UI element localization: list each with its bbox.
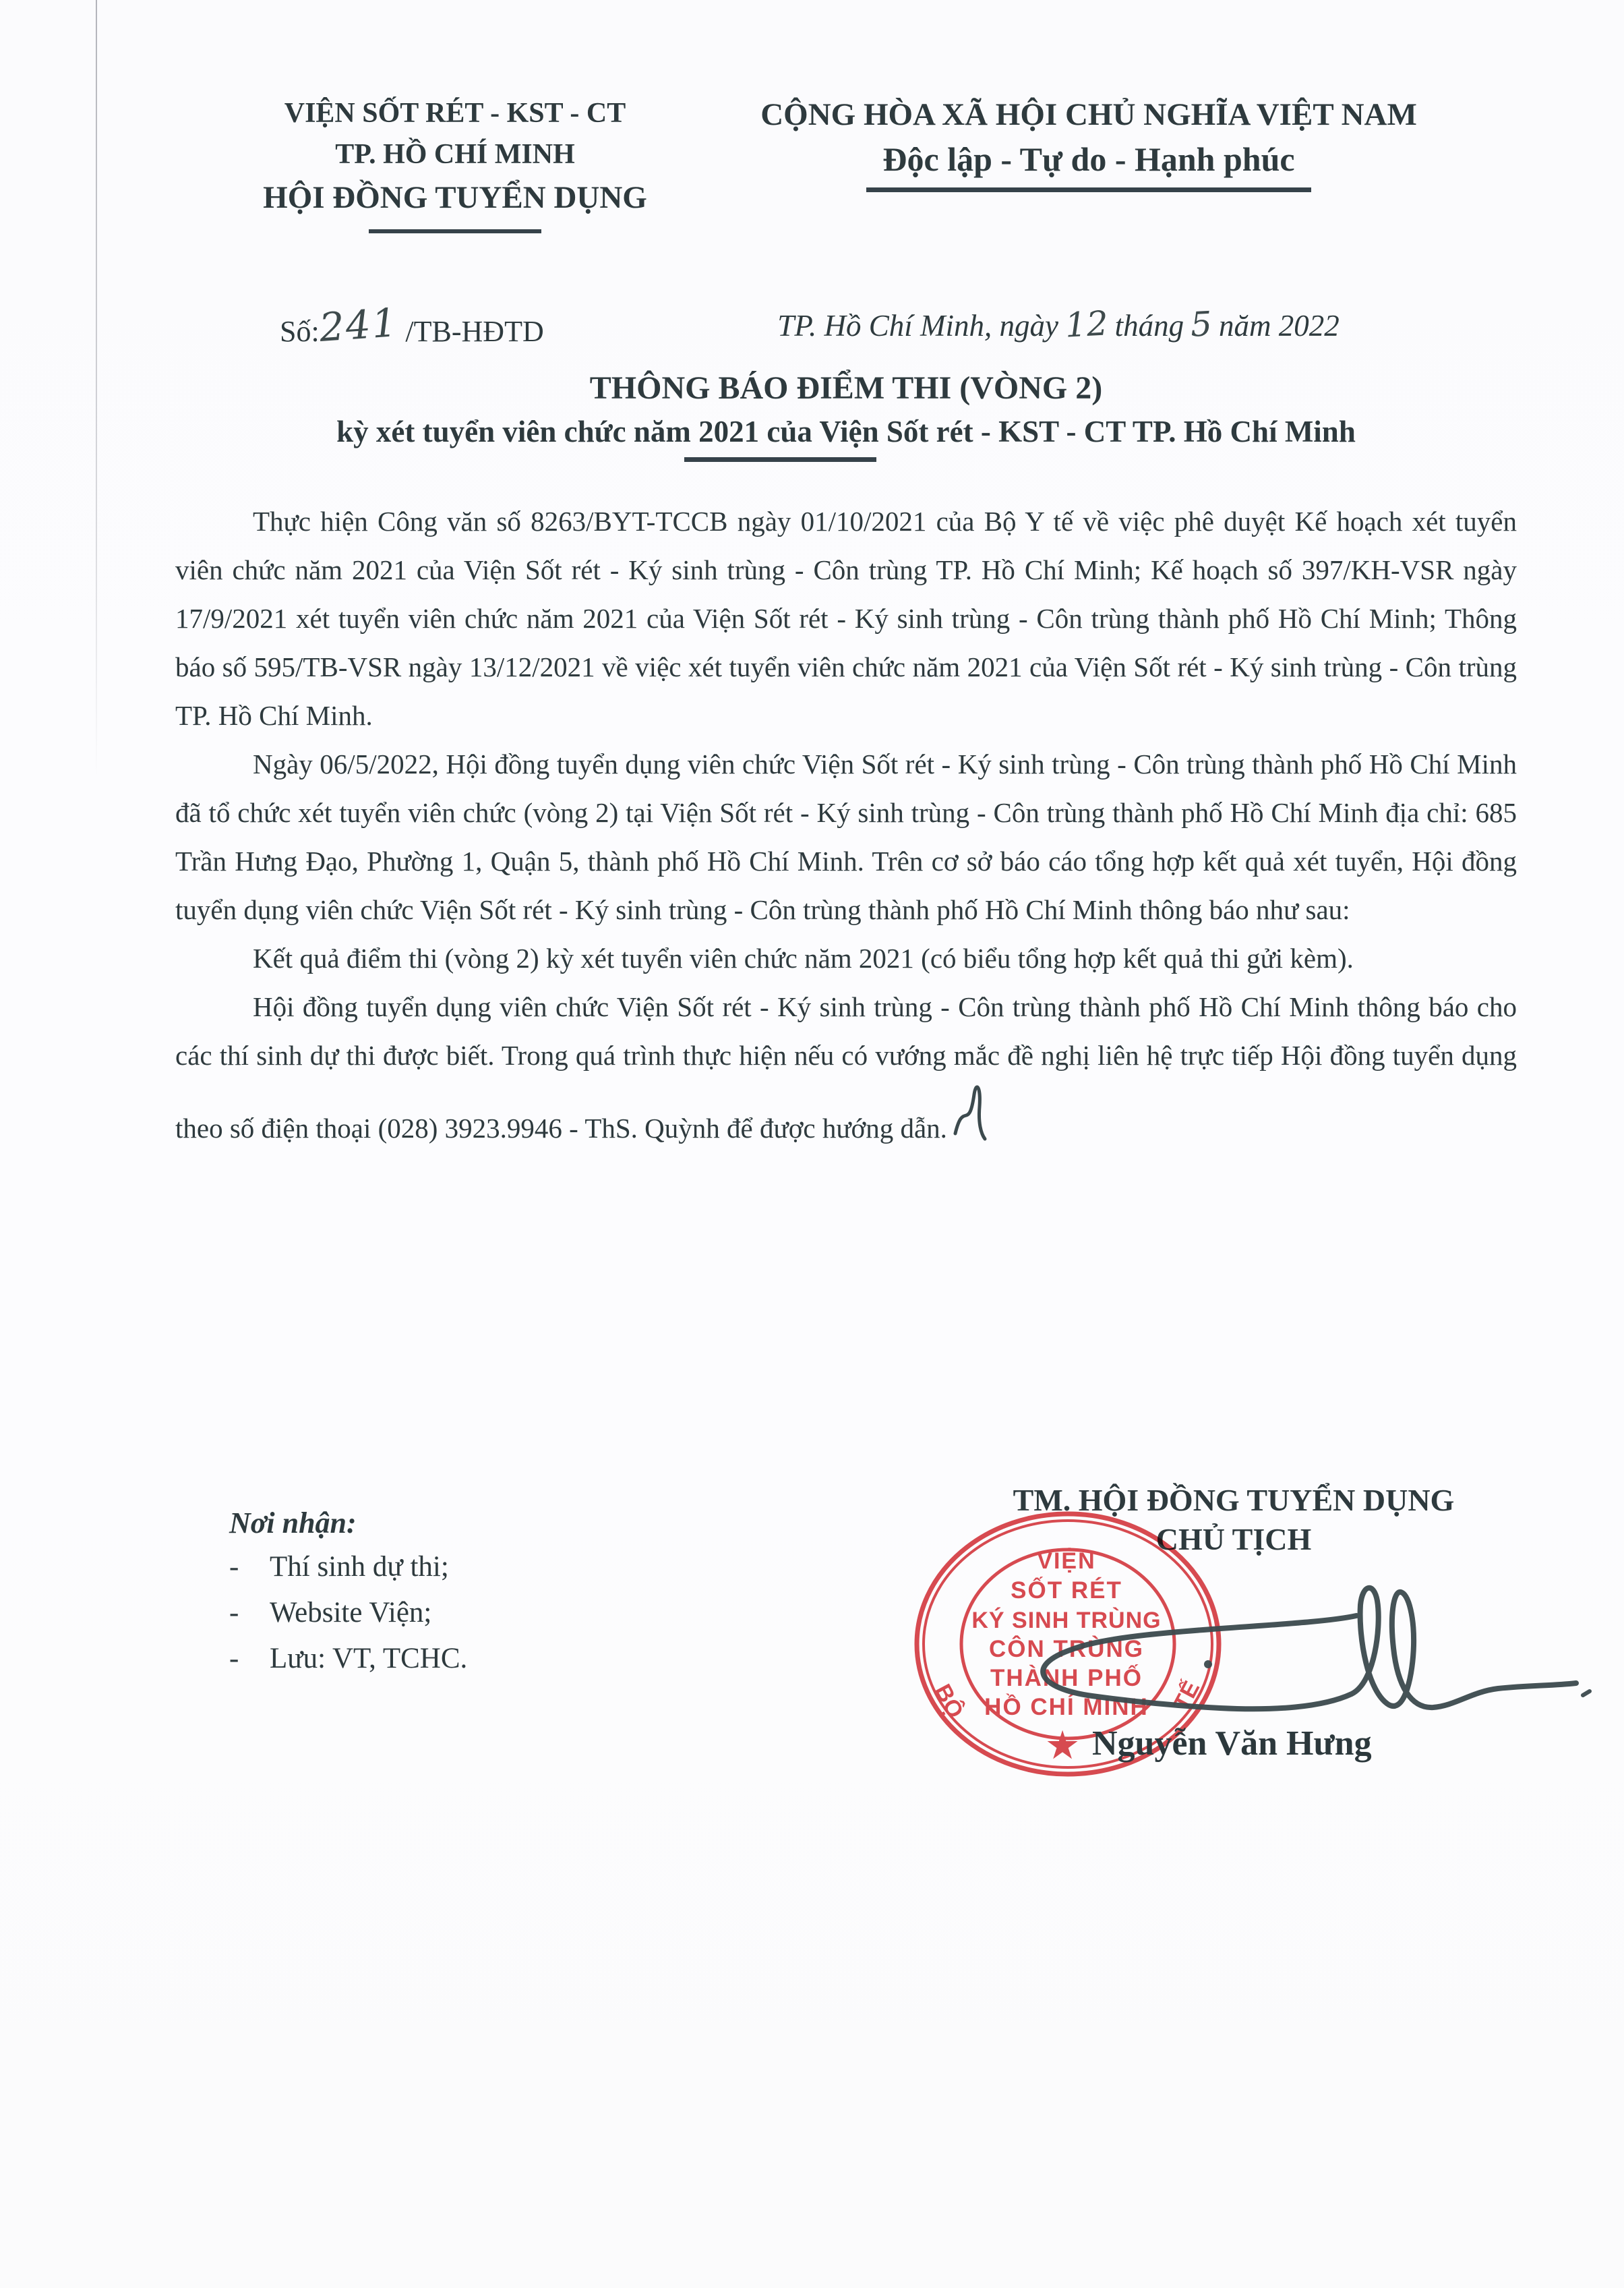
stamp-ring-left: BỘ <box>930 1680 969 1722</box>
issuer-institute: VIỆN SỐT RÉT - KST - CT <box>233 93 678 134</box>
document-title: THÔNG BÁO ĐIỂM THI (VÒNG 2) <box>175 370 1517 407</box>
ref-suffix: /TB-HĐTD <box>398 315 543 348</box>
issuer-council: HỘI ĐỒNG TUYỂN DỤNG <box>233 175 678 220</box>
paragraph-4: Hội đồng tuyển dụng viên chức Viện Sốt r… <box>175 982 1517 1152</box>
list-item: - Thí sinh dự thi; <box>229 1544 467 1590</box>
recipient-archive: Lưu: VT, TCHC. <box>270 1636 467 1682</box>
recipient-website: Website Viện; <box>270 1590 431 1636</box>
date-mid: tháng <box>1115 309 1184 343</box>
list-dash: - <box>229 1544 270 1590</box>
date-day-handwritten: 12 <box>1064 303 1110 345</box>
reference-number: Số:241 /TB-HĐTD <box>280 305 544 351</box>
document-page: VIỆN SỐT RÉT - KST - CT TP. HỒ CHÍ MINH … <box>0 0 1624 2288</box>
ref-number-handwritten: 241 <box>318 299 399 351</box>
signer-name: Nguyễn Văn Hưng <box>1092 1724 1372 1763</box>
issuer-rule <box>369 229 541 233</box>
list-item: - Lưu: VT, TCHC. <box>229 1636 467 1682</box>
ref-prefix: Số: <box>280 315 320 348</box>
title-rule <box>684 457 876 462</box>
letterhead-national: CỘNG HÒA XÃ HỘI CHỦ NGHĨA VIỆT NAM Độc l… <box>681 93 1497 192</box>
handwritten-signature <box>1011 1563 1604 1738</box>
issuer-city: TP. HỒ CHÍ MINH <box>233 134 678 175</box>
recipients-label: Nơi nhận: <box>229 1502 467 1544</box>
paragraph-3: Kết quả điểm thi (vòng 2) kỳ xét tuyển v… <box>175 934 1517 982</box>
list-dash: - <box>229 1636 270 1682</box>
paragraph-1: Thực hiện Công văn số 8263/BYT-TCCB ngày… <box>175 497 1517 740</box>
handwritten-initial-mark <box>951 1080 1000 1144</box>
list-item: - Website Viện; <box>229 1590 467 1636</box>
paragraph-4-text: Hội đồng tuyển dụng viên chức Viện Sốt r… <box>175 991 1517 1144</box>
national-rule <box>866 187 1311 192</box>
document-body: Thực hiện Công văn số 8263/BYT-TCCB ngày… <box>175 497 1517 1152</box>
recipients-block: Nơi nhận: - Thí sinh dự thi; - Website V… <box>229 1502 467 1682</box>
scan-artifact-line <box>96 0 97 775</box>
national-motto: Độc lập - Tự do - Hạnh phúc <box>681 136 1497 182</box>
paragraph-2: Ngày 06/5/2022, Hội đồng tuyển dụng viên… <box>175 740 1517 934</box>
letterhead-issuer: VIỆN SỐT RÉT - KST - CT TP. HỒ CHÍ MINH … <box>233 93 678 233</box>
document-subtitle: kỳ xét tuyển viên chức năm 2021 của Viện… <box>175 414 1517 449</box>
national-title: CỘNG HÒA XÃ HỘI CHỦ NGHĨA VIỆT NAM <box>681 93 1497 136</box>
date-month-handwritten: 5 <box>1190 304 1213 345</box>
list-dash: - <box>229 1590 270 1636</box>
place-date-line: TP. Hồ Chí Minh, ngày12tháng5năm 2022 <box>661 305 1456 344</box>
date-suffix: năm 2022 <box>1219 309 1340 343</box>
recipient-candidates: Thí sinh dự thi; <box>270 1544 449 1590</box>
date-place: TP. Hồ Chí Minh, ngày <box>777 309 1058 343</box>
